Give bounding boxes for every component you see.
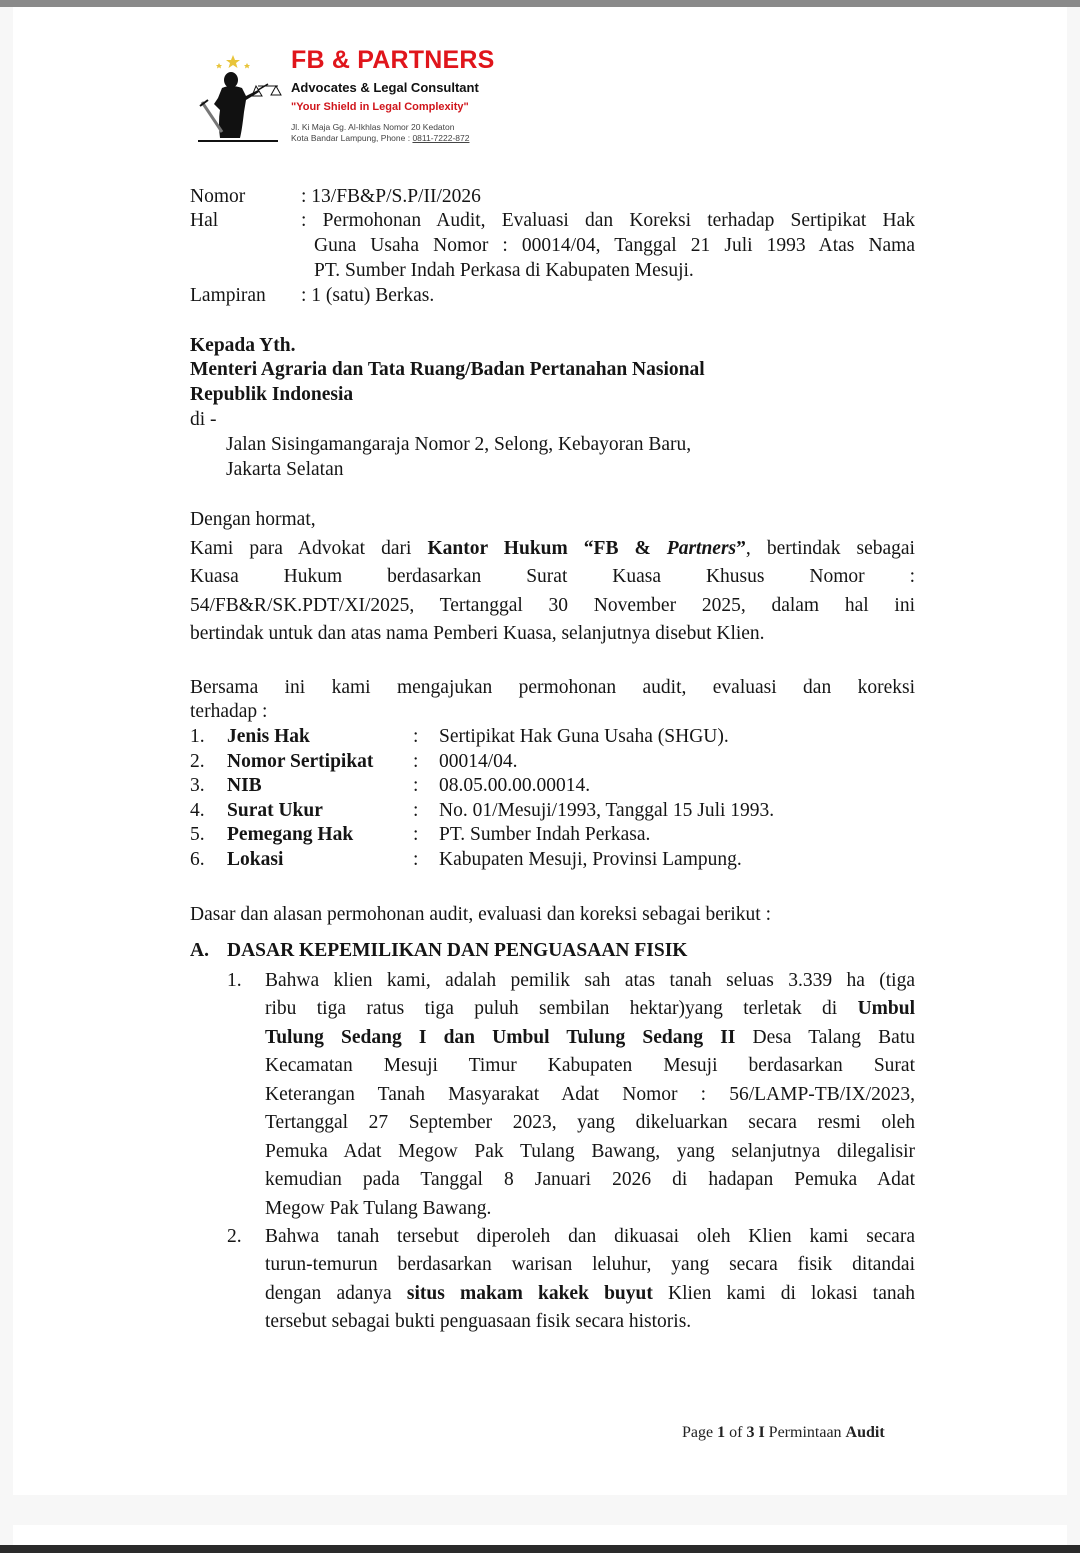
request-item-number: 2.	[190, 749, 205, 774]
request-item-label: Jenis Hak	[227, 724, 310, 749]
request-item-number: 4.	[190, 798, 205, 823]
recipient-di: di -	[190, 407, 217, 432]
request-item-colon: :	[413, 749, 418, 774]
point2-bold: situs makam kakek buyut	[407, 1283, 653, 1304]
footer-separator: I	[758, 1424, 764, 1441]
basis-intro: Dasar dan alasan permohonan audit, evalu…	[190, 902, 771, 927]
request-item-label: Lokasi	[227, 847, 283, 872]
firm-name: FB & PARTNERS	[291, 46, 495, 75]
viewer-bottom-bar	[0, 1545, 1080, 1553]
request-item-colon: :	[413, 822, 418, 847]
point1-line5: Keterangan Tanah Masyarakat Adat Nomor :…	[265, 1082, 915, 1107]
hal-value-line1: : Permohonan Audit, Evaluasi dan Koreksi…	[301, 208, 915, 233]
opening-line4: bertindak untuk dan atas nama Pemberi Ku…	[190, 621, 765, 646]
firm-reference-close: ”	[736, 538, 746, 559]
firm-reference: Kantor Hukum “FB &	[427, 538, 666, 559]
recipient-address1: Jalan Sisingamangaraja Nomor 2, Selong, …	[226, 432, 691, 457]
footer-page-word: Page	[682, 1424, 713, 1441]
footer-of-word: of	[729, 1424, 742, 1441]
nomor-label: Nomor	[190, 184, 245, 209]
footer-title-1: Permintaan	[769, 1424, 842, 1441]
hal-label: Hal	[190, 208, 218, 233]
point1-text-2: Desa Talang Batu	[735, 1027, 915, 1048]
greeting: Dengan hormat,	[190, 507, 316, 532]
recipient-line2: Republik Indonesia	[190, 382, 353, 407]
viewer-top-bar	[0, 0, 1080, 7]
request-item-value: 00014/04.	[439, 749, 518, 774]
point2-text: dengan adanya	[265, 1283, 407, 1304]
section-letter: A.	[190, 938, 209, 963]
footer-page-total: 3	[746, 1424, 754, 1441]
lampiran-value: : 1 (satu) Berkas.	[301, 283, 434, 308]
point1-line3: Tulung Sedang I dan Umbul Tulung Sedang …	[265, 1025, 915, 1050]
address-prefix: Kota Bandar Lampung, Phone :	[291, 133, 412, 143]
firm-address-line2: Kota Bandar Lampung, Phone : 0811-7222-8…	[291, 133, 469, 143]
opening-text-post: , bertindak sebagai	[746, 538, 915, 559]
recipient-line1: Menteri Agraria dan Tata Ruang/Badan Per…	[190, 357, 705, 382]
request-item-number: 3.	[190, 773, 205, 798]
opening-text: Kami para Advokat dari	[190, 538, 427, 559]
point1-number: 1.	[227, 968, 242, 993]
point1-line6: Tertanggal 27 September 2023, yang dikel…	[265, 1110, 915, 1135]
point1-line7: Pemuka Adat Megow Pak Tulang Bawang, yan…	[265, 1139, 915, 1164]
request-item-value: 08.05.00.00.00014.	[439, 773, 590, 798]
request-item-value: PT. Sumber Indah Perkasa.	[439, 822, 650, 847]
phone-link[interactable]: 0811-7222-872	[412, 133, 469, 143]
section-title: DASAR KEPEMILIKAN DAN PENGUASAAN FISIK	[227, 938, 687, 963]
firm-tagline: "Your Shield in Legal Complexity"	[291, 101, 469, 113]
point1-line2: ribu tiga ratus tiga puluh sembilan hekt…	[265, 996, 915, 1021]
request-item-number: 6.	[190, 847, 205, 872]
request-item-label: Pemegang Hak	[227, 822, 353, 847]
point2-number: 2.	[227, 1224, 242, 1249]
request-item-label: Nomor Sertipikat	[227, 749, 373, 774]
firm-address-line1: Jl. Ki Maja Gg. Al-Ikhlas Nomor 20 Kedat…	[291, 122, 454, 132]
request-item-colon: :	[413, 798, 418, 823]
request-item-colon: :	[413, 773, 418, 798]
firm-reference-italic: Partners	[667, 538, 736, 559]
request-intro-line1: Bersama ini kami mengajukan permohonan a…	[190, 675, 915, 700]
request-intro-line2: terhadap :	[190, 699, 267, 724]
footer-title-2: Audit	[846, 1424, 885, 1441]
point2-line3: dengan adanya situs makam kakek buyut Kl…	[265, 1281, 915, 1306]
lampiran-label: Lampiran	[190, 283, 266, 308]
request-item-value: Kabupaten Mesuji, Provinsi Lampung.	[439, 847, 742, 872]
request-item-value: Sertipikat Hak Guna Usaha (SHGU).	[439, 724, 729, 749]
recipient-salutation: Kepada Yth.	[190, 333, 295, 358]
opening-line3: 54/FB&R/SK.PDT/XI/2025, Tertanggal 30 No…	[190, 593, 915, 618]
page-footer: Page 1 of 3 I Permintaan Audit	[682, 1424, 885, 1442]
request-item-number: 5.	[190, 822, 205, 847]
lady-justice-icon	[196, 52, 282, 144]
point1-location-bold: Umbul	[858, 998, 915, 1019]
hal-value-line2: Guna Usaha Nomor : 00014/04, Tanggal 21 …	[314, 233, 915, 258]
opening-line2: Kuasa Hukum berdasarkan Surat Kuasa Khus…	[190, 564, 915, 589]
next-page-edge	[13, 1525, 1067, 1545]
footer-page-current: 1	[717, 1424, 725, 1441]
request-item-label: NIB	[227, 773, 262, 798]
opening-line1: Kami para Advokat dari Kantor Hukum “FB …	[190, 536, 915, 561]
point1-line4: Kecamatan Mesuji Timur Kabupaten Mesuji …	[265, 1053, 915, 1078]
point2-text-2: Klien kami di lokasi tanah	[653, 1283, 915, 1304]
point1-line8: kemudian pada Tanggal 8 Januari 2026 di …	[265, 1167, 915, 1192]
request-item-number: 1.	[190, 724, 205, 749]
point1-location-bold-2: Tulung Sedang I dan Umbul Tulung Sedang …	[265, 1027, 735, 1048]
request-item-value: No. 01/Mesuji/1993, Tanggal 15 Juli 1993…	[439, 798, 774, 823]
point1-text: ribu tiga ratus tiga puluh sembilan hekt…	[265, 998, 858, 1019]
point1-line9: Megow Pak Tulang Bawang.	[265, 1196, 491, 1221]
point2-line4: tersebut sebagai bukti penguasaan fisik …	[265, 1309, 691, 1334]
hal-value-line3: PT. Sumber Indah Perkasa di Kabupaten Me…	[314, 258, 694, 283]
recipient-address2: Jakarta Selatan	[226, 457, 344, 482]
point2-line2: turun-temurun berdasarkan warisan leluhu…	[265, 1252, 915, 1277]
firm-subtitle: Advocates & Legal Consultant	[291, 80, 479, 95]
nomor-value: : 13/FB&P/S.P/II/2026	[301, 184, 481, 209]
request-item-colon: :	[413, 724, 418, 749]
point2-line1: Bahwa tanah tersebut diperoleh dan dikua…	[265, 1224, 915, 1249]
request-item-colon: :	[413, 847, 418, 872]
point1-line1: Bahwa klien kami, adalah pemilik sah ata…	[265, 968, 915, 993]
request-item-label: Surat Ukur	[227, 798, 323, 823]
